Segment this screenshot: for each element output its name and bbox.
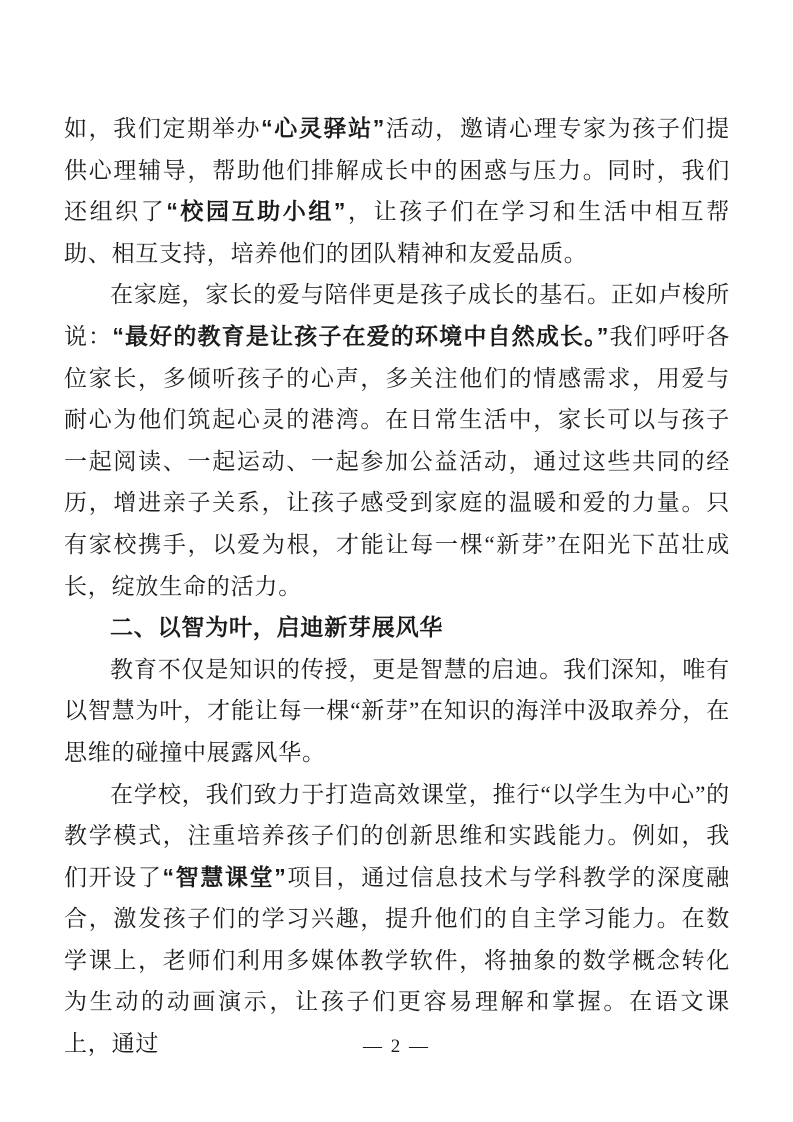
bold-text-run: “最好的教育是让孩子在爱的环境中自然成长。” bbox=[112, 323, 609, 349]
text-run: 如，我们定期举办 bbox=[64, 116, 261, 141]
document-body: 如，我们定期举办“心灵驿站”活动，邀请心理专家为孩子们提供心理辅导，帮助他们排解… bbox=[64, 108, 730, 1065]
text-run: 我们呼吁各位家长，多倾听孩子的心声，多关注他们的情感需求，用爱与耐心为他们筑起心… bbox=[64, 324, 730, 599]
bold-text-run: 二、以智为叶，启迪新芽展风华 bbox=[110, 614, 443, 640]
bold-text-run: “智慧课堂” bbox=[163, 864, 287, 890]
document-page: 如，我们定期举办“心灵驿站”活动，邀请心理专家为孩子们提供心理辅导，帮助他们排解… bbox=[0, 0, 793, 1122]
text-run: 项目，通过信息技术与学科教学的深度融合，激发孩子们的学习兴趣，提升他们的自主学习… bbox=[64, 865, 730, 1056]
bold-text-run: “校园互助小组” bbox=[166, 198, 346, 224]
paragraph: 教育不仅是知识的传授，更是智慧的启迪。我们深知，唯有以智慧为叶，才能让每一棵“新… bbox=[64, 649, 730, 774]
page-number: — 2 — bbox=[0, 1036, 793, 1058]
bold-text-run: “心灵驿站” bbox=[261, 115, 385, 141]
paragraph: 如，我们定期举办“心灵驿站”活动，邀请心理专家为孩子们提供心理辅导，帮助他们排解… bbox=[64, 108, 730, 274]
paragraph: 在学校，我们致力于打造高效课堂，推行“以学生为中心”的教学模式，注重培养孩子们的… bbox=[64, 774, 730, 1065]
section-heading: 二、以智为叶，启迪新芽展风华 bbox=[64, 607, 730, 649]
text-run: 教育不仅是知识的传授，更是智慧的启迪。我们深知，唯有以智慧为叶，才能让每一棵“新… bbox=[64, 657, 730, 765]
paragraph: 在家庭，家长的爱与陪伴更是孩子成长的基石。正如卢梭所说：“最好的教育是让孩子在爱… bbox=[64, 274, 730, 607]
